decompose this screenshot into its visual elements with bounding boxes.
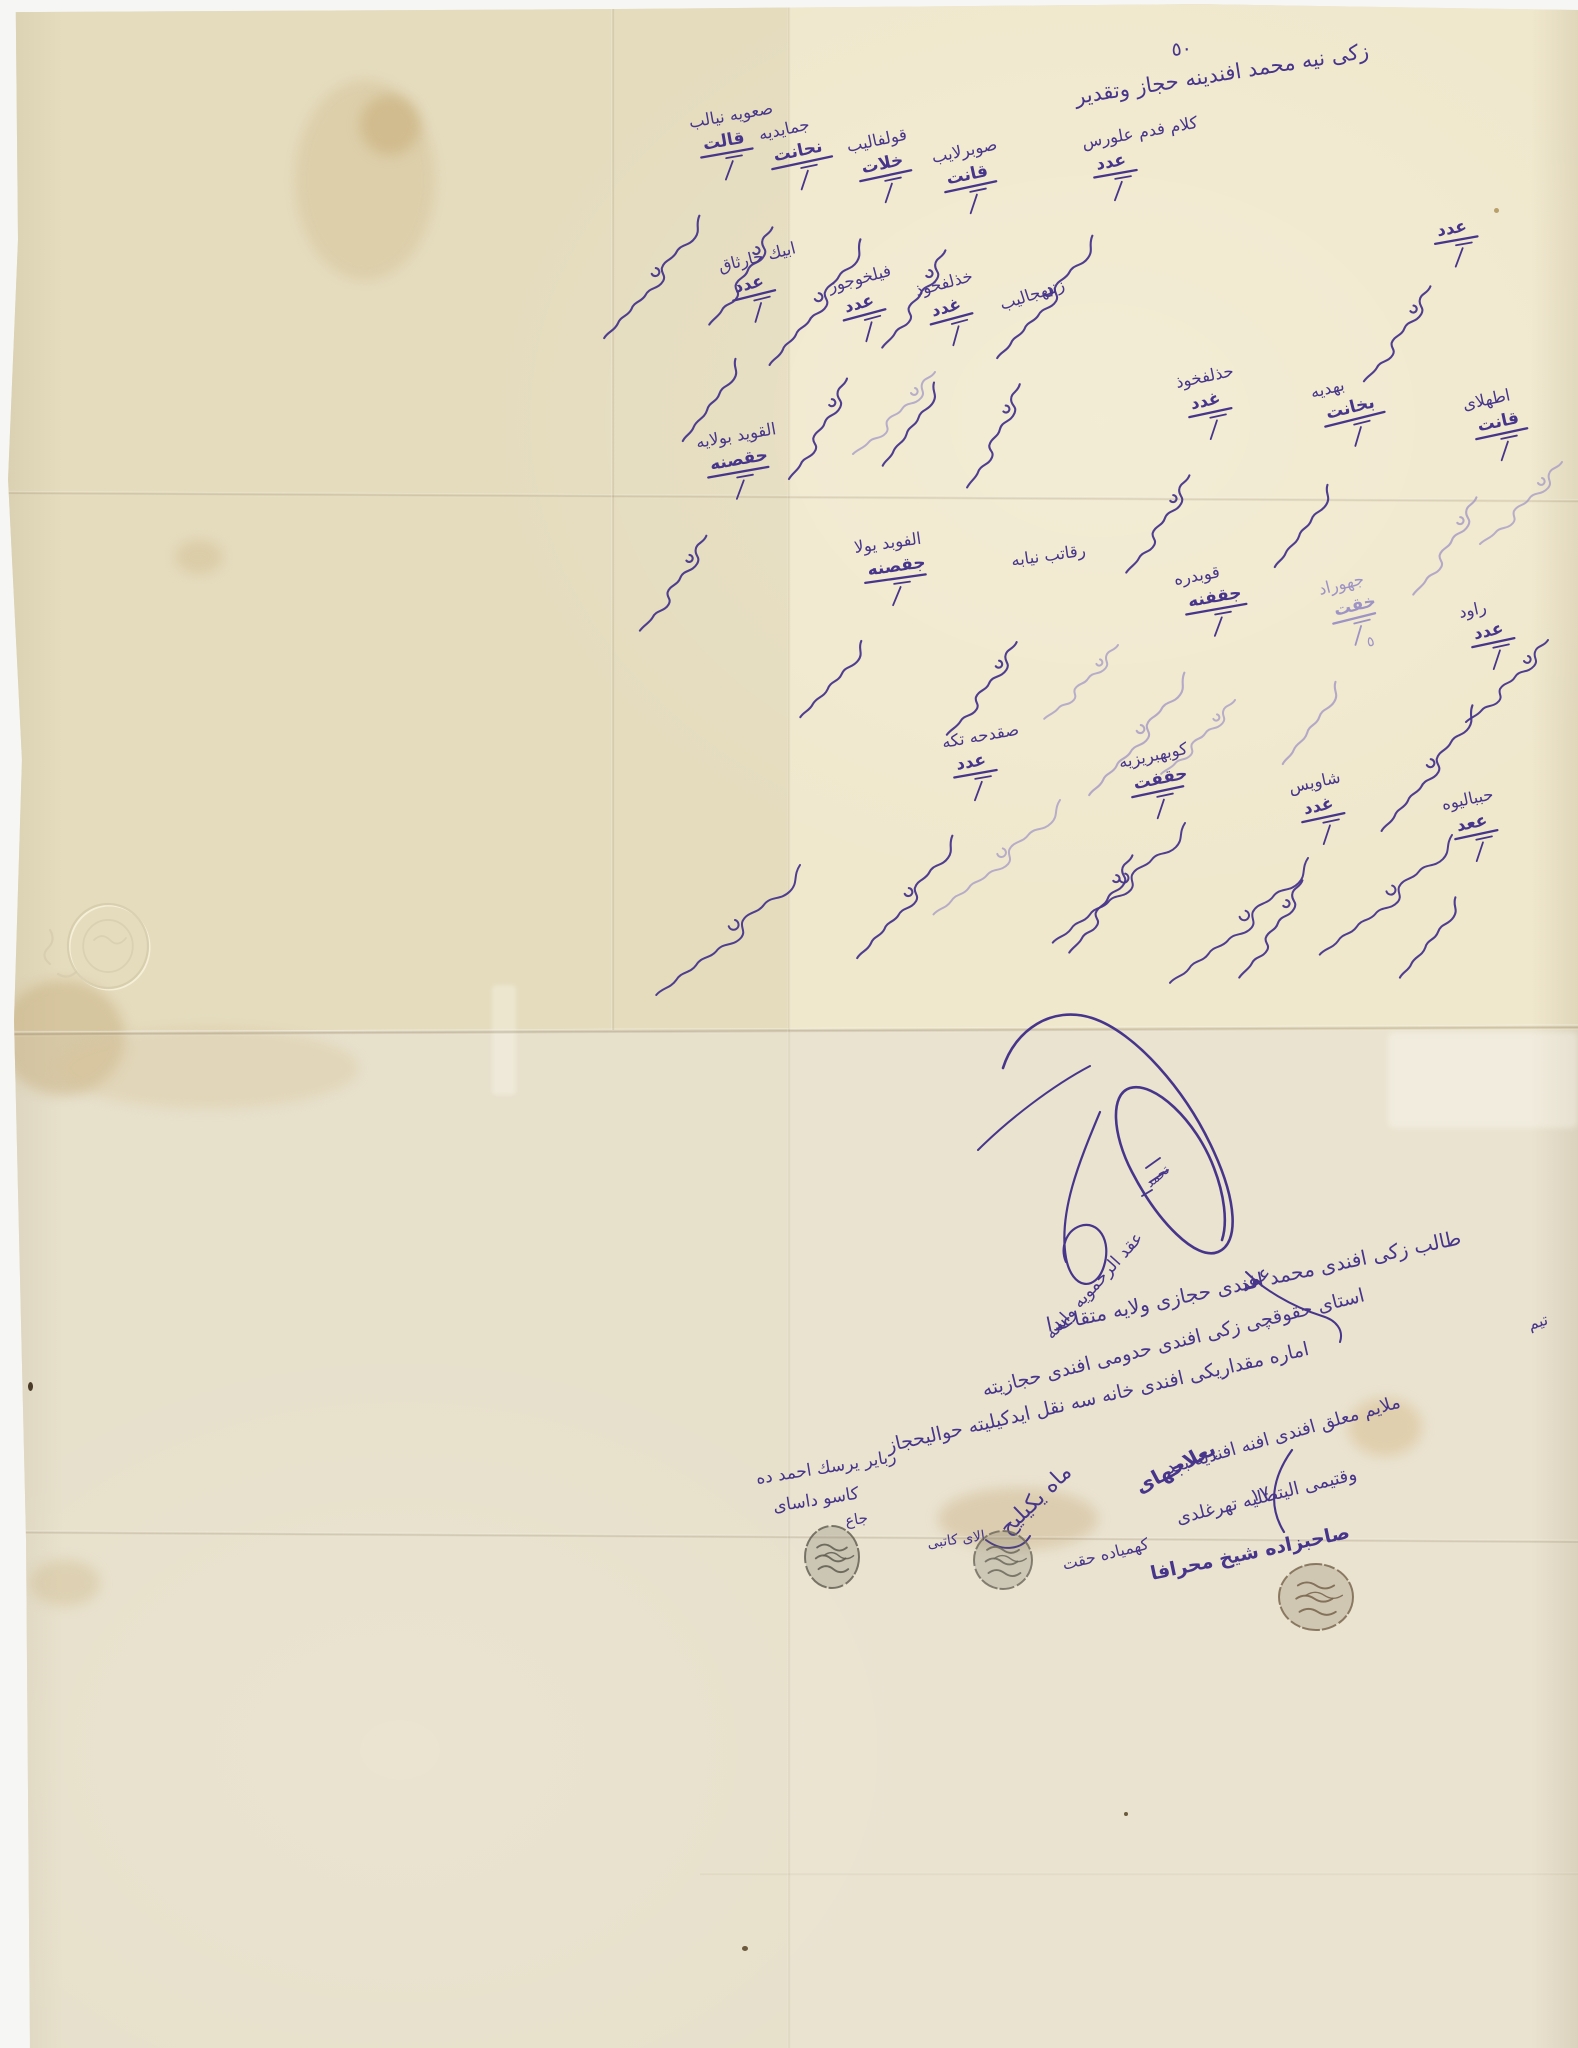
signature-entry: قولفالیبخلات	[727, 125, 948, 365]
signature-scrawl	[1466, 640, 1548, 722]
note-line: ربایر یرسك احمد ده	[755, 1447, 898, 1489]
right-wax-seal	[1279, 1564, 1353, 1630]
entry-signature	[768, 379, 868, 479]
tick-mark	[1211, 612, 1234, 636]
middle-ink-seal	[974, 1531, 1032, 1589]
entry-underlined-word: خقت	[1332, 591, 1378, 621]
tick-mark	[1452, 242, 1475, 266]
emboss-inner-ring	[83, 920, 133, 972]
signature-scrawl	[1161, 700, 1235, 774]
entry-underlined-word: جقفنه	[1186, 583, 1243, 612]
entry-underlined-word: عدد	[1435, 216, 1468, 241]
entry-underlined-word: نحانت	[772, 136, 824, 166]
signature-entry: صقدحه تكهعدد	[821, 720, 1053, 958]
ink-stroke	[1161, 700, 1235, 774]
ink-stroke	[656, 865, 800, 995]
entry-label: حذلفخوذ	[1174, 361, 1236, 393]
entry-signature	[1386, 897, 1469, 977]
entry-underlined-word: حقصنه	[708, 445, 769, 475]
signature-entry: بهدیهبخانت	[1234, 367, 1415, 567]
entry-signature	[586, 216, 717, 338]
signature-scrawl	[1044, 645, 1118, 719]
entry-label: صوبرلایب	[930, 135, 999, 168]
tick-mark	[1206, 414, 1230, 439]
entry-label: راود	[1457, 598, 1488, 623]
left-ink-seal	[805, 1526, 859, 1588]
signature-entry: حببالیوهععد	[1365, 784, 1527, 977]
ink-stroke	[1320, 835, 1452, 955]
tick-mark	[797, 165, 821, 190]
tick-mark	[750, 297, 774, 322]
tick-mark	[1153, 794, 1177, 819]
tick-mark	[890, 582, 913, 606]
entry-label: شاویس	[1287, 767, 1342, 797]
entry-label: زنبهجالیب	[997, 275, 1067, 315]
entry-label: بهدیه	[1308, 375, 1346, 403]
entry-label: رقاتب نیابه	[1010, 541, 1087, 571]
entry-signature	[1109, 475, 1206, 572]
signature-scrawl	[1053, 823, 1185, 943]
ink-stroke	[1170, 858, 1308, 983]
entry-label: خذلفخوذ	[913, 266, 975, 301]
signature-entry: حذلفخوذغدد	[1088, 361, 1270, 572]
signature-entry: فیلخوجوزعدد	[741, 261, 936, 479]
tick-mark	[861, 316, 886, 341]
signature-scrawl	[934, 800, 1061, 914]
photographed-document: زكی نیه محمد افندینه حجاز وتقدیر٥٠صعویه …	[0, 0, 1578, 2048]
ink-stroke	[1064, 1112, 1107, 1284]
ink-stroke	[1480, 462, 1562, 544]
tick-mark	[971, 776, 994, 800]
tick-mark	[966, 189, 990, 214]
tick-mark	[1489, 644, 1513, 669]
entry-signature	[626, 536, 721, 631]
title-text: زكی نیه محمد افندینه حجاز وتقدیر	[1072, 39, 1370, 109]
signature-scrawl	[1320, 835, 1452, 955]
entry-signature	[942, 384, 1045, 487]
signature-entry: عدد	[1339, 215, 1499, 382]
tick-mark	[948, 320, 973, 345]
entry-label: قوبدره	[1172, 562, 1221, 590]
entry-numeral: ٥	[1365, 633, 1376, 650]
document-title: زكی نیه محمد افندینه حجاز وتقدیر	[1072, 39, 1370, 109]
entry-label: صقدحه تكه	[940, 720, 1020, 752]
signature-scrawl	[1480, 462, 1562, 544]
lower-block-line: ماه یكیلیح	[995, 1460, 1077, 1541]
signature-scrawl	[656, 865, 800, 995]
lower-text-block: طالب زكی افندی محمد افندی حجازی ولایه مت…	[883, 1225, 1550, 1585]
tick-mark	[733, 475, 756, 499]
entry-signature	[1267, 682, 1352, 764]
bottom-left-note: ربایر یرسك احمد دهكاسو داسایجاع	[755, 1447, 898, 1530]
note-line: جاع	[844, 1509, 869, 1530]
tick-mark	[1111, 176, 1134, 200]
entry-signature	[1259, 485, 1344, 567]
lower-block-line: تیم	[1525, 1310, 1550, 1334]
tick-mark	[1497, 436, 1521, 461]
tick-mark	[1319, 819, 1343, 844]
entry-signature	[1222, 880, 1319, 977]
signature-entry: شاویسغدد	[1201, 767, 1377, 977]
tick-mark	[1472, 836, 1496, 861]
ink-stroke	[1044, 645, 1118, 719]
signature-entry: القوید بولایهحقصنه	[608, 419, 807, 631]
entry-label: كلام فدم علورس	[1080, 113, 1199, 153]
signature-entry: ابیك حارثاقعدد	[642, 238, 834, 441]
signature-entry: رقاتب نیابه	[923, 541, 1108, 735]
entry-underlined-word: حقفت	[1132, 763, 1190, 794]
signature-entry: كلام فدم علورسعدد	[961, 113, 1232, 358]
entry-signature	[1396, 497, 1493, 594]
lower-block-line: كهمیاده حقت	[1060, 1534, 1151, 1575]
header-number: ٥٠	[1171, 37, 1193, 61]
entry-signature	[839, 836, 970, 958]
tick-mark	[722, 155, 745, 179]
emboss-motif	[94, 936, 126, 944]
embossed-stamp	[44, 904, 149, 990]
tick-mark	[1350, 421, 1374, 446]
ink-stroke	[1003, 1015, 1233, 1254]
entry-underlined-word: عدد	[1094, 150, 1127, 175]
entry-signature	[1350, 286, 1445, 381]
ink-stroke	[1053, 823, 1185, 943]
ink-stroke	[978, 1066, 1090, 1150]
entry-label: فیلخوجوز	[825, 261, 893, 297]
signature-entry: جهورادخقت٥	[1242, 568, 1409, 764]
signature-entry: كوبهبریزیهحقفت	[1031, 739, 1224, 953]
entry-label: حببالیوه	[1440, 784, 1495, 814]
signature-entry: الفوبد یولاجقصنه	[777, 529, 945, 718]
signature-entry: اطهلایقانت	[1375, 383, 1556, 594]
entry-signature	[791, 641, 871, 717]
signature-scrawl	[1170, 858, 1308, 983]
entry-signature	[865, 383, 951, 466]
tick-mark	[881, 178, 905, 203]
entry-underlined-word: عدد	[954, 750, 987, 775]
ink-stroke	[1466, 640, 1548, 722]
emboss-ring	[68, 904, 148, 988]
handwriting-layer: زكی نیه محمد افندینه حجاز وتقدیر٥٠صعویه …	[0, 0, 1578, 2048]
ink-stroke	[934, 800, 1061, 914]
